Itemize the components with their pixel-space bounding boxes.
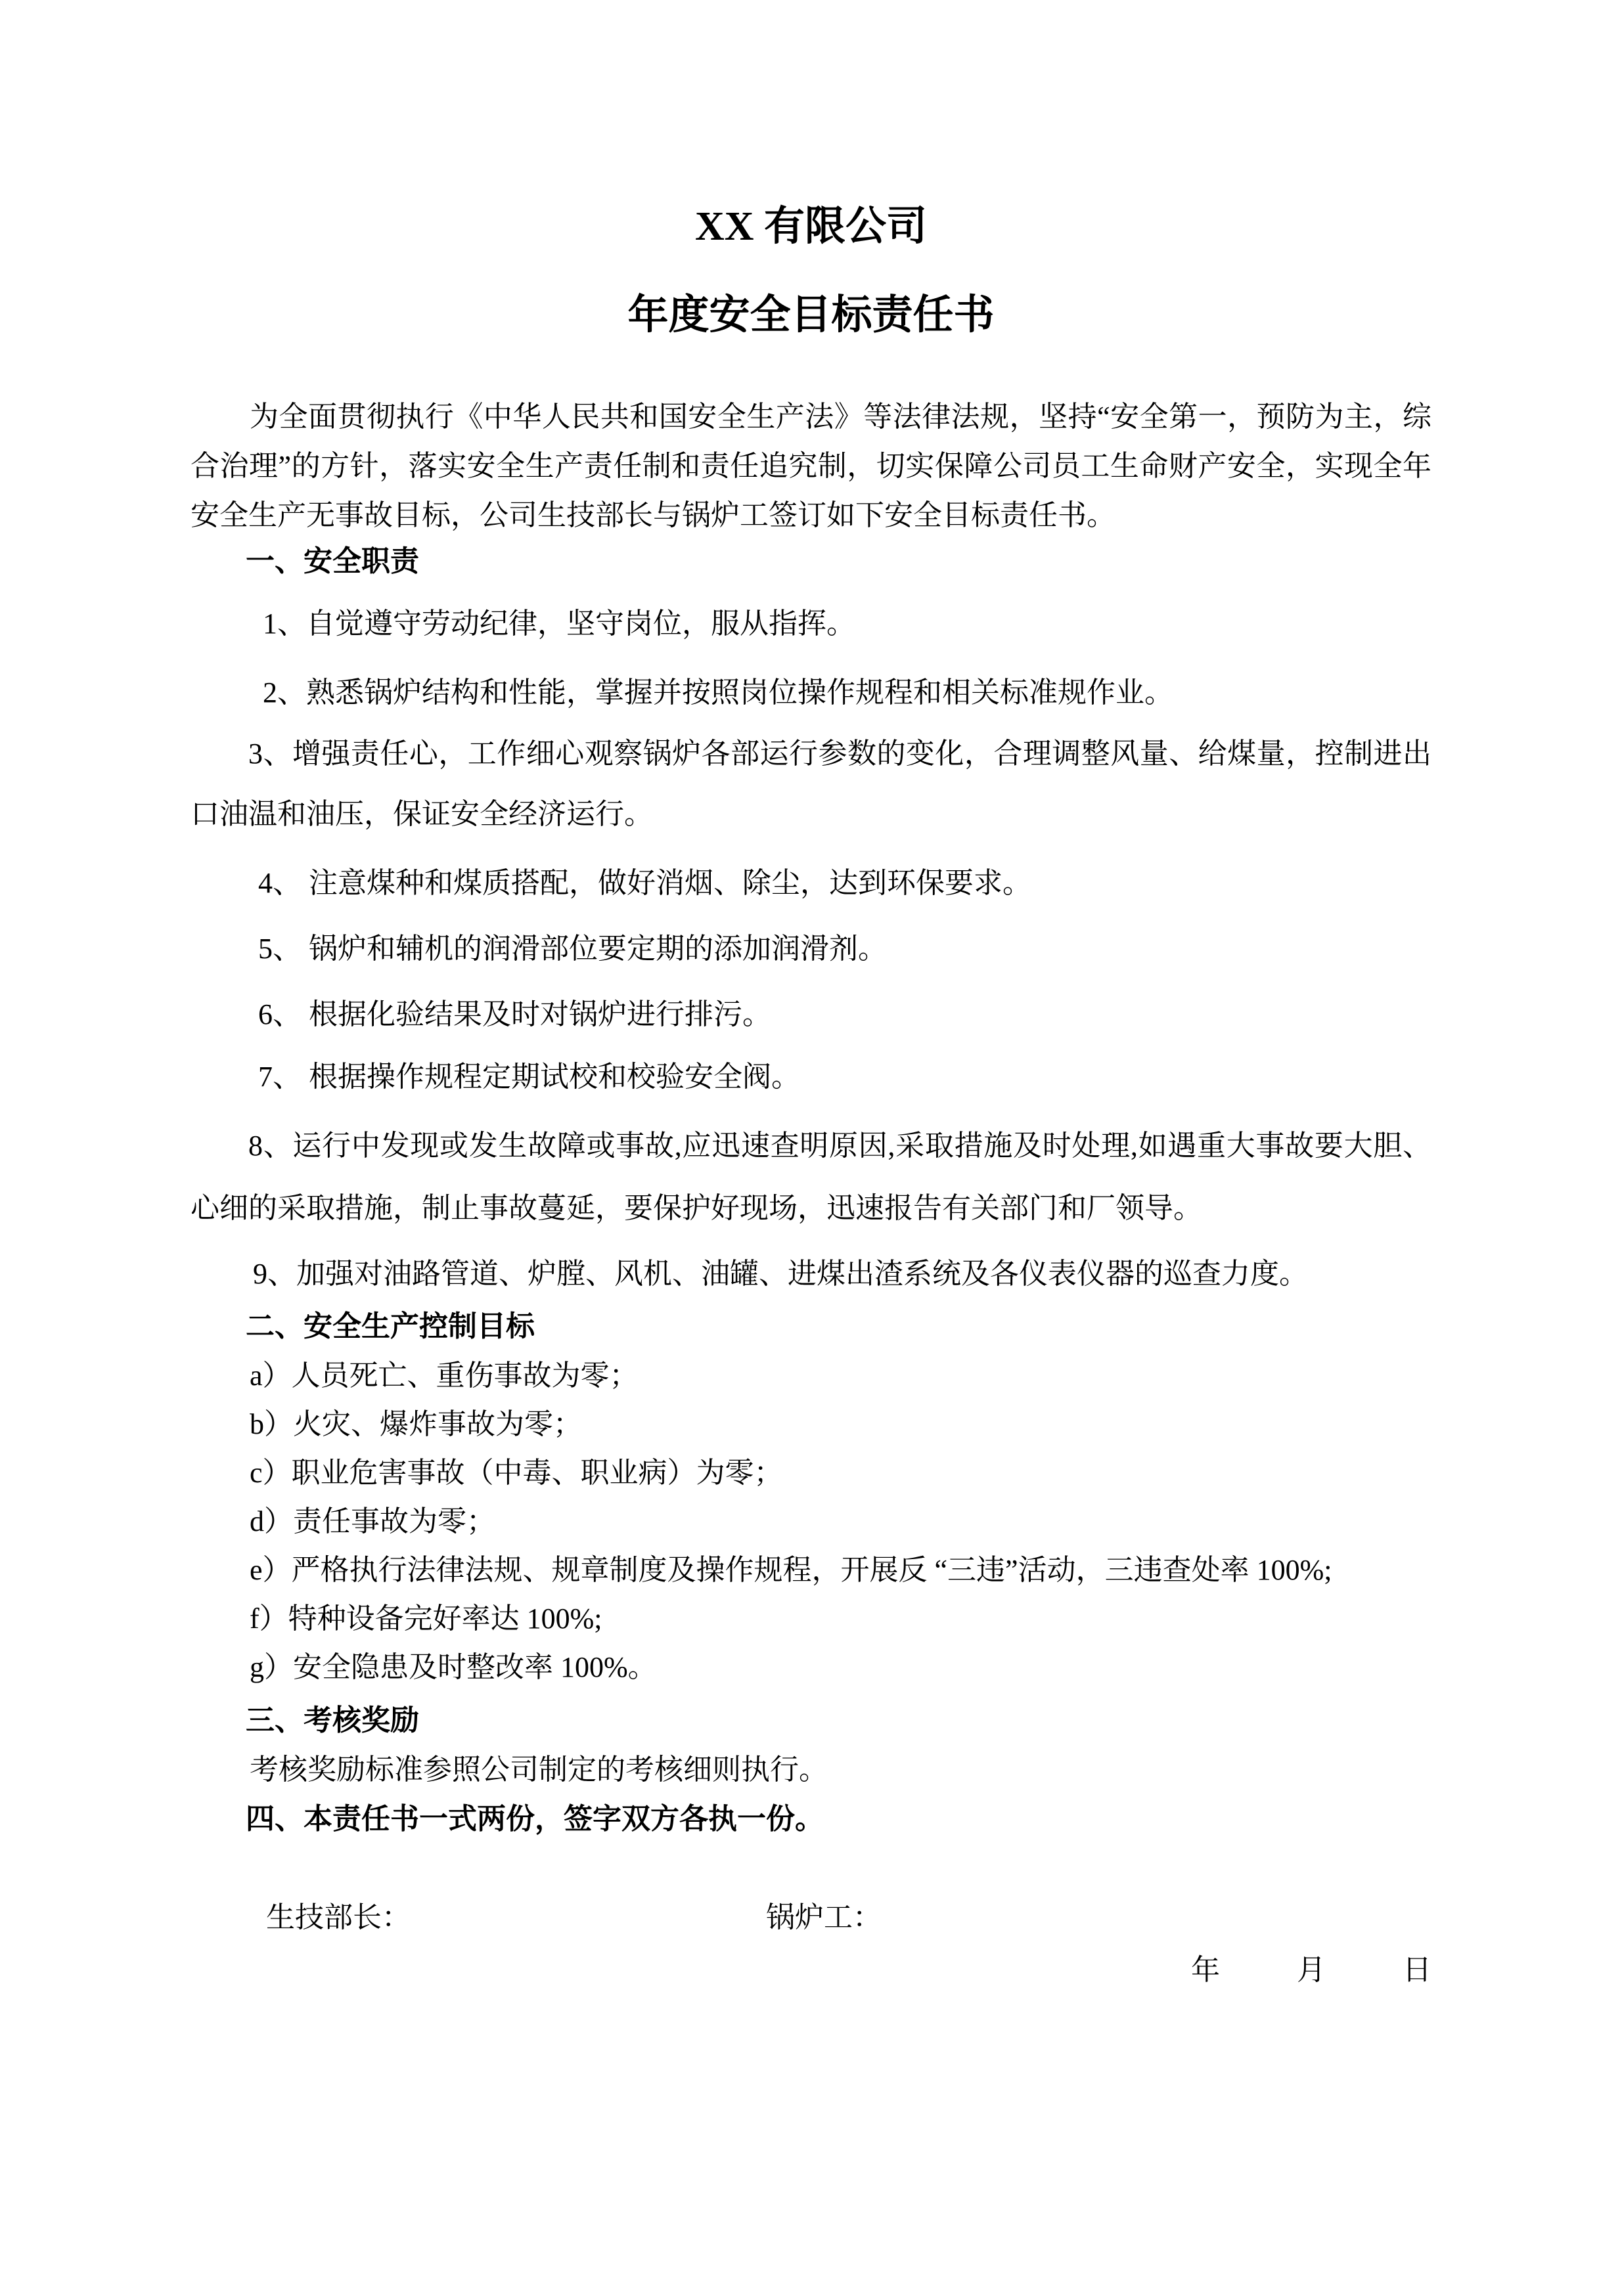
- signature-right-label: 锅炉工：: [766, 1897, 882, 1938]
- control-target-list: a）人员死亡、重伤事故为零； b）火灾、爆炸事故为零； c）职业危害事故（中毒、…: [191, 1352, 1431, 1692]
- date-row: 年 月 日: [191, 1950, 1431, 1991]
- intro-paragraph: 为全面贯彻执行《中华人民共和国安全生产法》等法律法规，坚持“安全第一，预防为主，…: [191, 392, 1431, 540]
- safety-duty-item: 5、 锅炉和辅机的润滑部位要定期的添加润滑剂。: [191, 929, 1431, 969]
- safety-duty-item: 3、增强责任心，工作细心观察锅炉各部运行参数的变化，合理调整风量、给煤量，控制进…: [191, 724, 1431, 845]
- section-3-heading: 三、考核奖励: [191, 1700, 1431, 1741]
- control-target-item: e）严格执行法律法规、规章制度及操作规程，开展反 “三违”活动，三违查处率 10…: [191, 1546, 1431, 1595]
- safety-duty-item: 6、 根据化验结果及时对锅炉进行排污。: [191, 994, 1431, 1035]
- safety-duty-item: 8、运行中发现或发生故障或事故,应迅速查明原因,采取措施及时处理,如遇重大事故要…: [191, 1115, 1431, 1239]
- safety-duty-item: 1、自觉遵守劳动纪律，坚守岗位，服从指挥。: [191, 604, 1431, 644]
- signature-row: 生技部长： 锅炉工：: [191, 1897, 1431, 1938]
- date-year-label: 年: [1191, 1954, 1220, 1986]
- safety-duty-item: 4、 注意煤种和煤质搭配，做好消烟、除尘，达到环保要求。: [191, 863, 1431, 904]
- section-3-body: 考核奖励标准参照公司制定的考核细则执行。: [191, 1750, 1431, 1790]
- document-page: XX 有限公司 年度安全目标责任书 为全面贯彻执行《中华人民共和国安全生产法》等…: [0, 0, 1622, 2296]
- control-target-item: a）人员死亡、重伤事故为零；: [191, 1352, 1431, 1400]
- date-month-label: 月: [1297, 1950, 1326, 1991]
- control-target-item: g）安全隐患及时整改率 100%。: [191, 1643, 1431, 1692]
- safety-duty-item: 9、加强对油路管道、炉膛、风机、油罐、进煤出渣系统及各仪表仪器的巡查力度。: [191, 1254, 1431, 1294]
- section-4-heading: 四、本责任书一式两份，签字双方各执一份。: [191, 1799, 1431, 1840]
- section-1-heading: 一、安全职责: [191, 541, 1431, 582]
- control-target-item: b）火灾、爆炸事故为零；: [191, 1400, 1431, 1449]
- document-title: 年度安全目标责任书: [191, 289, 1431, 342]
- safety-duty-item: 2、熟悉锅炉结构和性能，掌握并按照岗位操作规程和相关标准规作业。: [191, 673, 1431, 713]
- control-target-item: c）职业危害事故（中毒、职业病）为零；: [191, 1449, 1431, 1497]
- control-target-item: f）特种设备完好率达 100%;: [191, 1595, 1431, 1643]
- document-content: XX 有限公司 年度安全目标责任书 为全面贯彻执行《中华人民共和国安全生产法》等…: [0, 0, 1622, 1991]
- company-title: XX 有限公司: [191, 200, 1431, 253]
- safety-duty-item: 7、 根据操作规程定期试校和校验安全阀。: [191, 1057, 1431, 1097]
- control-target-item: d）责任事故为零；: [191, 1497, 1431, 1546]
- date-day-label: 日: [1403, 1950, 1431, 1991]
- signature-left-label: 生技部长：: [266, 1897, 411, 1938]
- section-2-heading: 二、安全生产控制目标: [191, 1306, 1431, 1347]
